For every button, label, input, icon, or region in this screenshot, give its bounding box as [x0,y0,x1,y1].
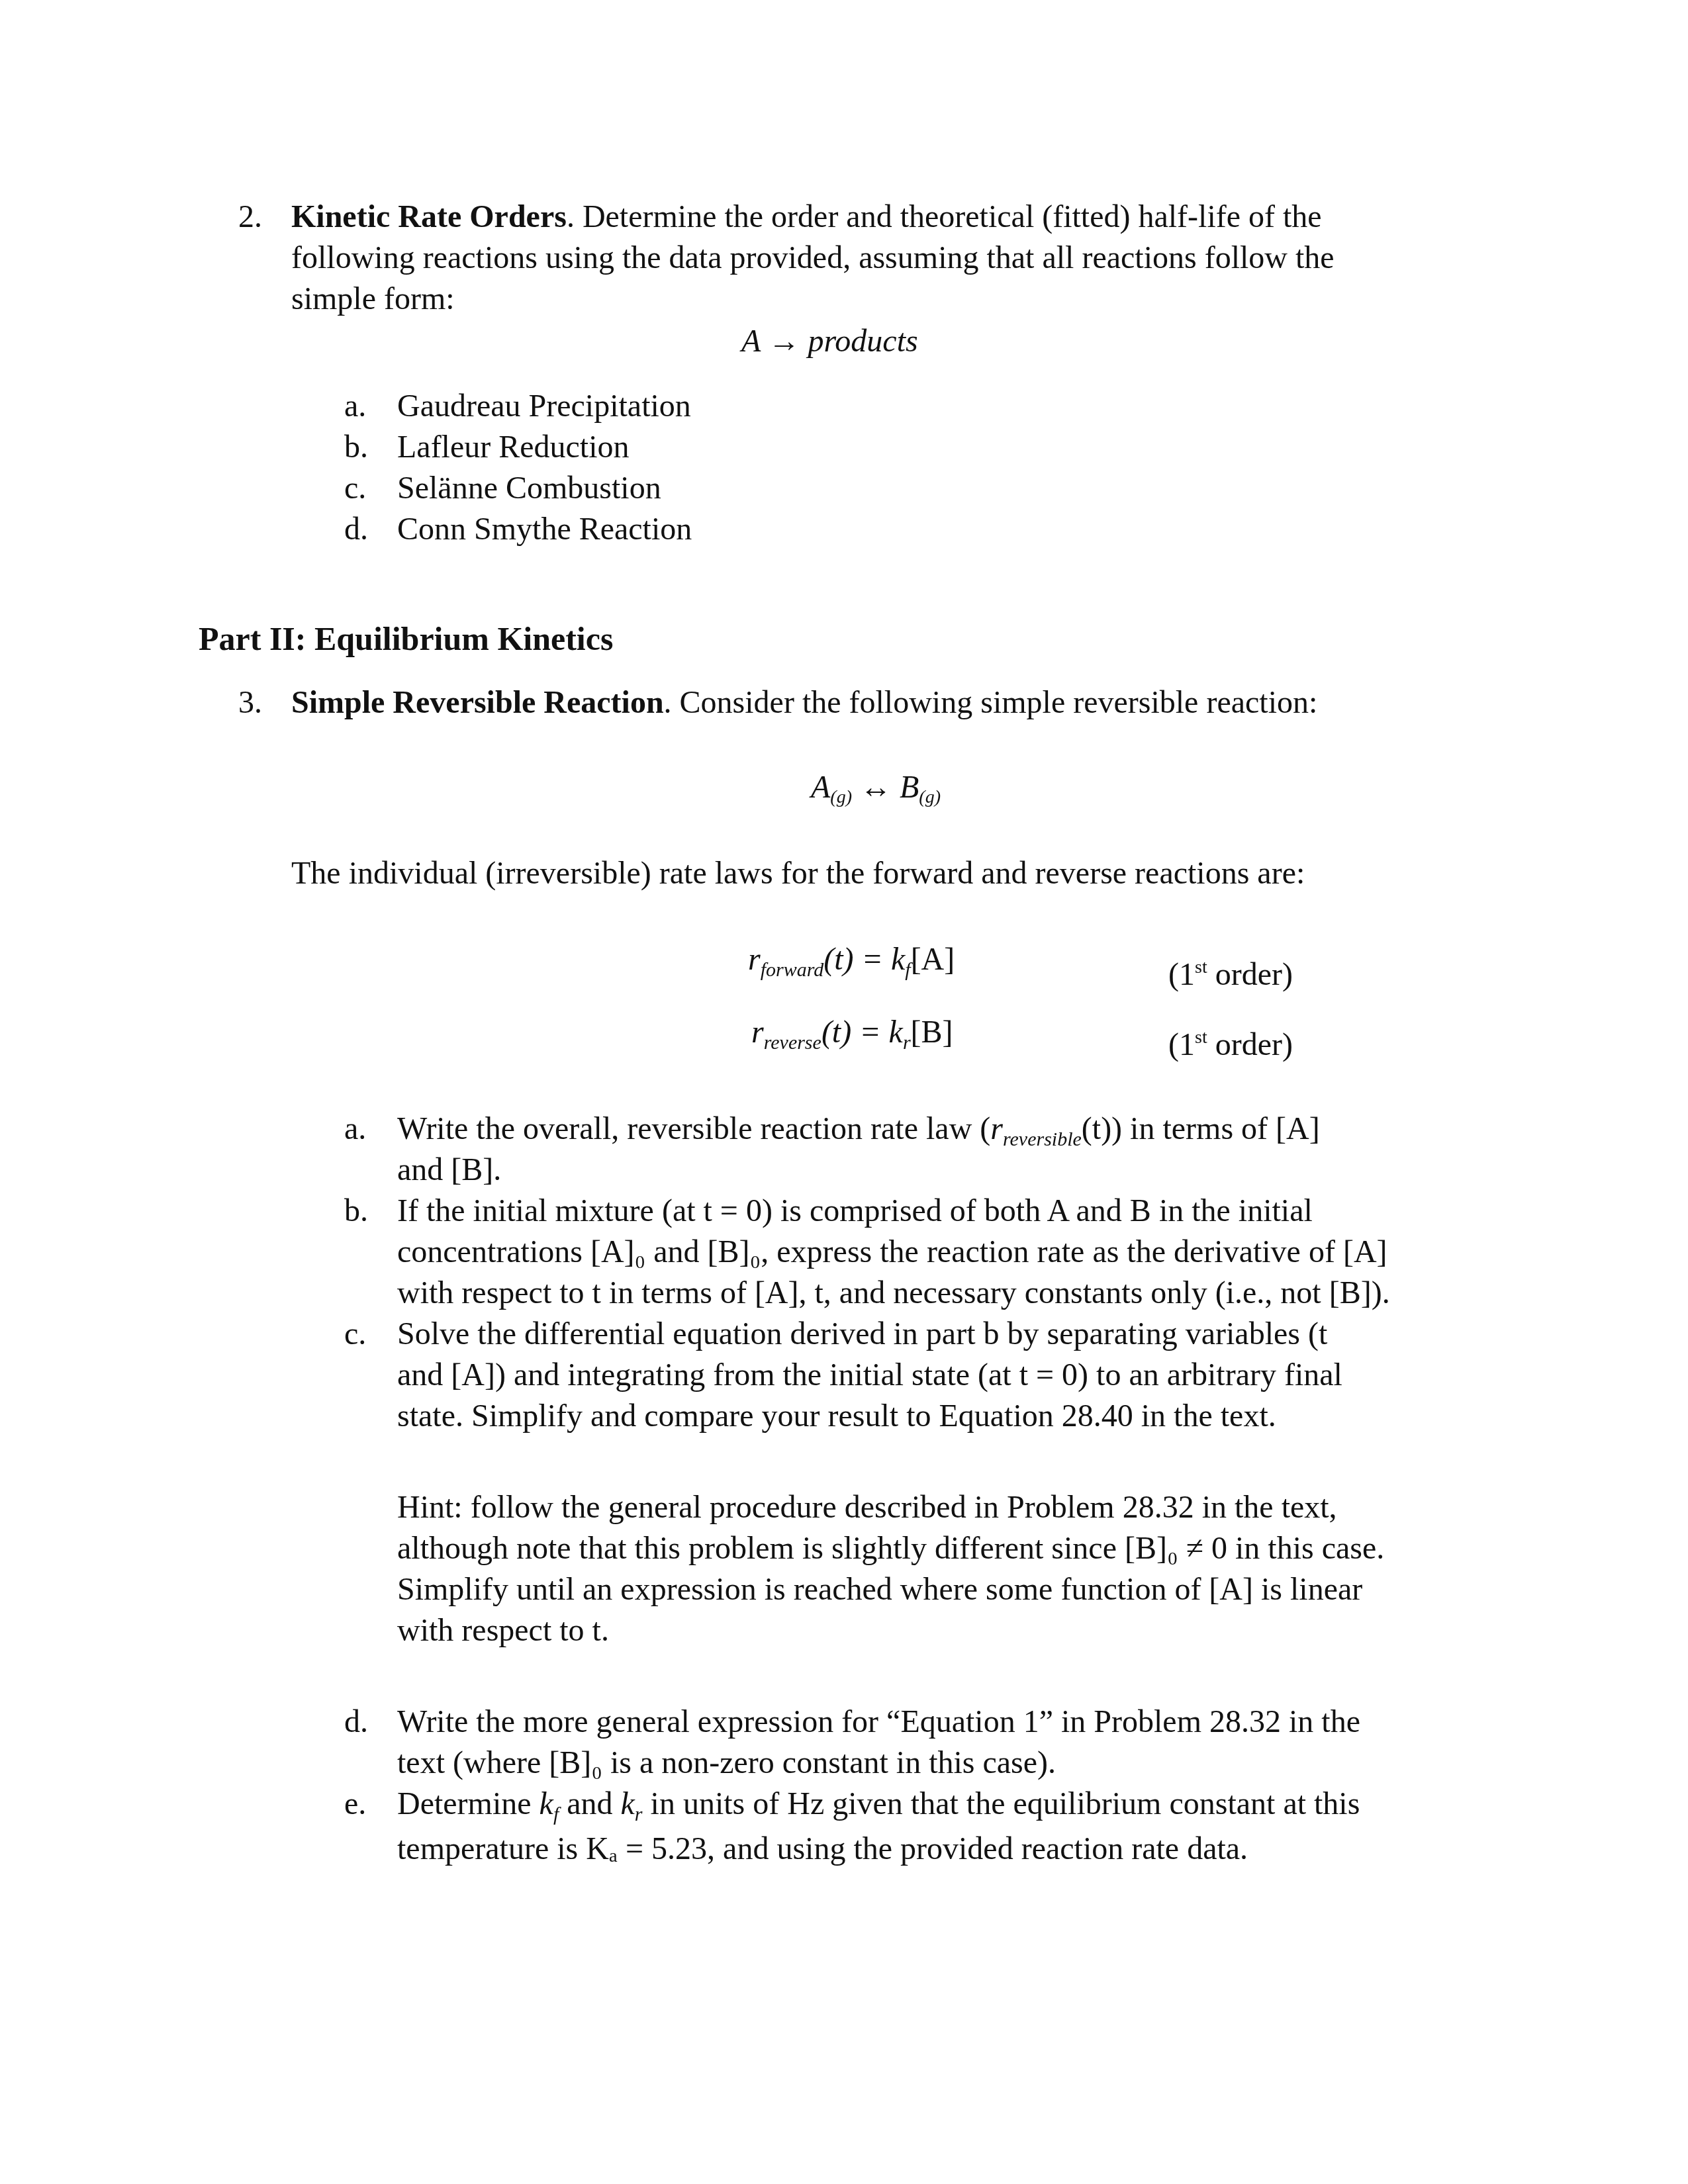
q3-part-e-letter: e. [344,1784,366,1824]
q2-number: 2. [238,197,262,237]
q2-intro-line1: Kinetic Rate Orders. Determine the order… [291,197,1322,237]
hint-line1: Hint: follow the general procedure descr… [397,1488,1337,1527]
q3-part-a-letter: a. [344,1109,366,1149]
q2-item-a-letter: a. [344,387,366,426]
q3-title: Simple Reversible Reaction [291,685,664,720]
q3-part-c-line2: and [A]) and integrating from the initia… [397,1355,1342,1395]
rate-law-reverse: rreverse(t) = kr[B] [751,1013,953,1063]
q2-intro-line3: simple form: [291,279,455,319]
q2-item-b-letter: b. [344,428,368,467]
q3-part-b-line1: If the initial mixture (at t = 0) is com… [397,1191,1313,1231]
rate-law-reverse-order: (1st order) [1168,1018,1293,1065]
document-page: 2. Kinetic Rate Orders. Determine the or… [0,0,1688,2184]
q3-part-d-line1: Write the more general expression for “E… [397,1702,1360,1742]
q2-equation: A → products [741,322,918,361]
q3-part-e-line1: Determine kf and kr in units of Hz given… [397,1784,1360,1835]
q3-part-a-line2: and [B]. [397,1150,501,1190]
rate-law-forward-order: (1st order) [1168,948,1293,995]
q2-item-c: Selänne Combustion [397,469,661,508]
q3-rate-laws-intro: The individual (irreversible) rate laws … [291,854,1305,893]
double-arrow-icon: ↔ [860,770,892,805]
q2-item-d-letter: d. [344,510,368,549]
q3-intro: Simple Reversible Reaction. Consider the… [291,683,1317,723]
hint-line2: although note that this problem is sligh… [397,1529,1384,1569]
hint-line3: Simplify until an expression is reached … [397,1570,1362,1610]
q3-reaction-equation: A(g) ↔ B(g) [811,768,941,817]
q3-part-b-letter: b. [344,1191,368,1231]
q3-part-d-letter: d. [344,1702,368,1742]
q2-item-b: Lafleur Reduction [397,428,630,467]
q3-part-a-line1: Write the overall, reversible reaction r… [397,1109,1320,1160]
q3-part-c-line3: state. Simplify and compare your result … [397,1396,1276,1436]
q3-part-b-line2: concentrations [A]₀ and [B]₀, express th… [397,1232,1387,1272]
q3-part-e-line2: temperature is Kₐ = 5.23, and using the … [397,1829,1248,1869]
q2-item-c-letter: c. [344,469,366,508]
q2-item-a: Gaudreau Precipitation [397,387,691,426]
part2-heading: Part II: Equilibrium Kinetics [199,619,613,659]
q3-part-c-letter: c. [344,1314,366,1354]
hint-line4: with respect to t. [397,1611,609,1651]
q3-number: 3. [238,683,262,723]
q2-intro-line2: following reactions using the data provi… [291,238,1335,278]
q3-part-b-line3: with respect to t in terms of [A], t, an… [397,1273,1390,1313]
rate-law-forward: rforward(t) = kf[A] [748,940,955,990]
q2-title: Kinetic Rate Orders [291,199,567,234]
q3-part-c-line1: Solve the differential equation derived … [397,1314,1327,1354]
q2-item-d: Conn Smythe Reaction [397,510,692,549]
q3-part-d-line2: text (where [B]₀ is a non-zero constant … [397,1743,1056,1783]
